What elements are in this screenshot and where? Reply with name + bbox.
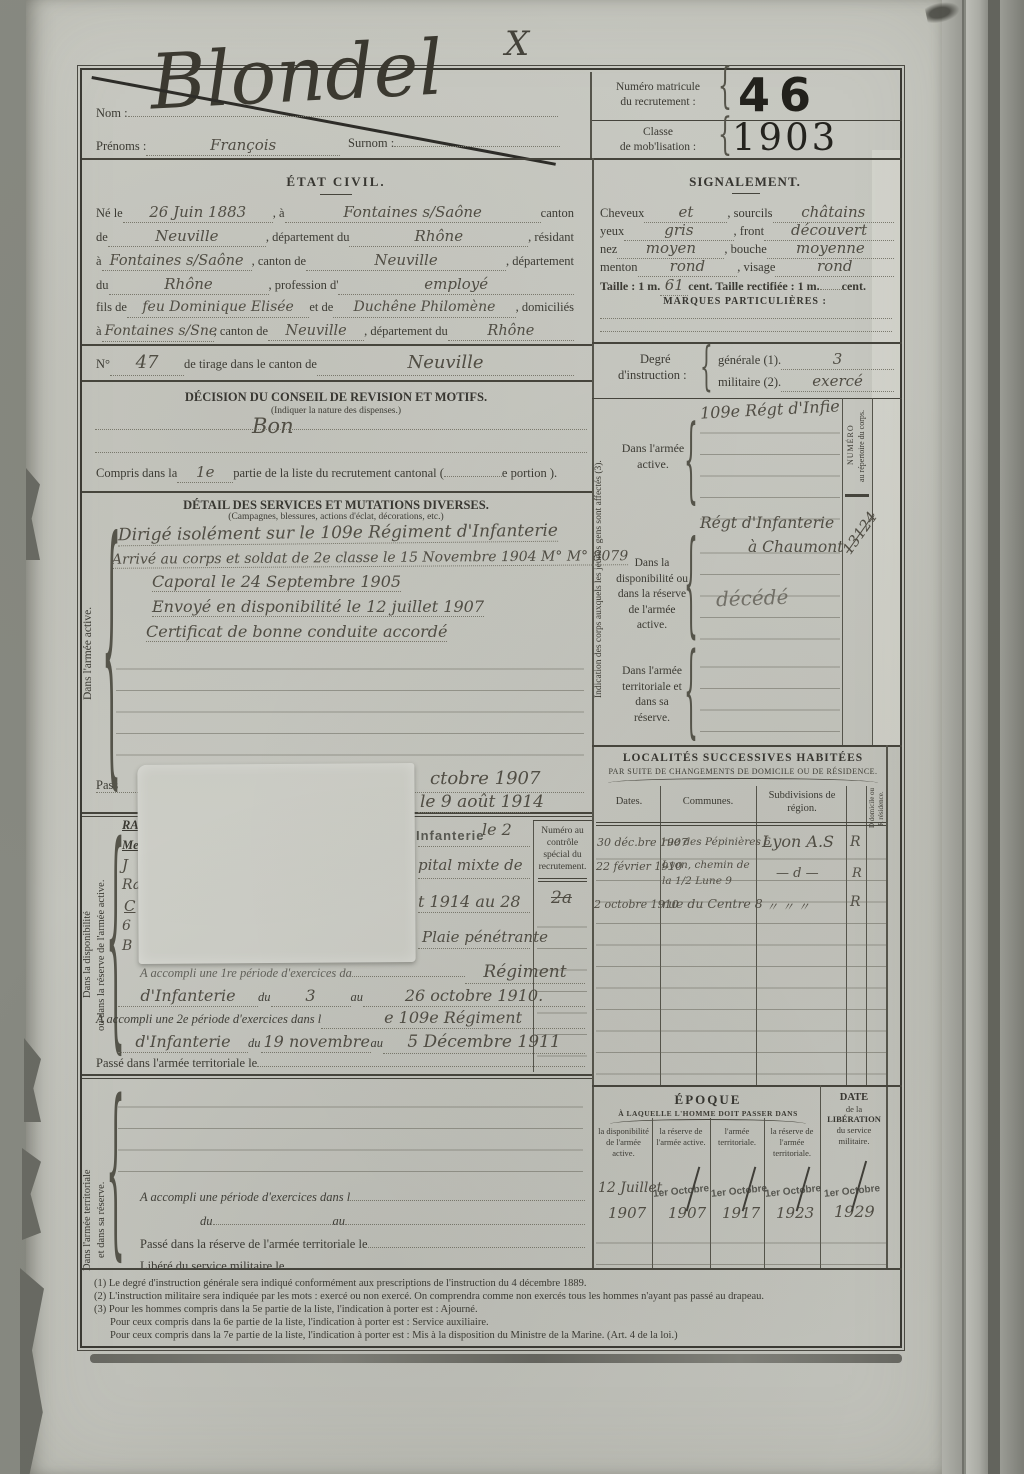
epoque-col4-header: la réserve de l'armée territoriale.: [766, 1126, 818, 1159]
mother-value: Duchêne Philomène: [333, 299, 515, 318]
footnote-1: (1) Le degré d'instruction générale sera…: [94, 1278, 900, 1289]
wavy-rule: [610, 1119, 806, 1124]
covered-fragment: J: [122, 856, 128, 874]
prenoms-line: Prénoms : François: [96, 136, 340, 156]
degre-label-1: Degré: [640, 352, 671, 367]
dotted-fill: [257, 1066, 585, 1067]
rule: [592, 1085, 902, 1087]
infanterie-stamp: Infanterie: [416, 828, 485, 843]
epoque-title: ÉPOQUE: [596, 1092, 820, 1108]
dotted-line: [95, 452, 587, 453]
localites-subtitle: PAR SUITE DE CHANGEMENTS DE DOMICILE OU …: [600, 767, 886, 776]
decision-value: Bon: [252, 414, 294, 438]
empty-ruled-lines: [700, 412, 840, 520]
periode-1-line-2: d'Infanterie du 3 au 26 octobre 1910.: [118, 986, 585, 1007]
visage-value: rond: [775, 257, 894, 277]
label: , visage: [737, 260, 775, 276]
wavy-rule: [608, 778, 878, 783]
dotted-line: [418, 948, 530, 949]
dotted-line: [418, 846, 530, 847]
passe-value-fragment: ctobre 1907: [430, 768, 540, 789]
infanterie-value: d'Infanterie: [118, 1032, 248, 1053]
terr-block-side-label-1: Dans l'armée territoriale: [82, 1118, 93, 1322]
decision-subtitle: (Indiquer la nature des dispenses.): [130, 406, 542, 416]
rule: [592, 342, 902, 344]
date-header-5: militaire.: [822, 1136, 886, 1146]
rule: [320, 194, 352, 195]
decision-title: DÉCISION DU CONSEIL DE REVISION ET MOTIF…: [130, 390, 542, 405]
infanterie-value: d'Infanterie: [118, 986, 258, 1007]
date-to: 5 Décembre 1911: [383, 1032, 585, 1054]
matricule-value: 46: [738, 68, 820, 122]
col-header-communes: Communes.: [662, 796, 754, 807]
date-fragment: t 1914 au 28: [418, 892, 521, 911]
signalement-row-1: Cheveux et , sourcils châtains: [600, 203, 894, 223]
brace: {: [102, 518, 121, 803]
printed-label: A accompli une 1re période d'exercices d…: [140, 966, 352, 982]
cent-label: cent.: [842, 279, 866, 294]
instruction-militaire-line: militaire (2). exercé: [718, 372, 894, 392]
dotted-fill: [368, 1247, 586, 1248]
departement-value: Rhône: [448, 322, 574, 341]
classe-label-1: Classe: [643, 126, 673, 138]
numero-repertoire-label-1: NUMÉRO: [846, 402, 855, 488]
label: partie de la liste du recrutement canton…: [233, 466, 444, 482]
date-header-4: du service: [822, 1125, 886, 1135]
col-header-dates: Dates.: [598, 796, 660, 807]
du-label: du: [248, 1036, 261, 1052]
hw-fragment: le 2: [482, 820, 512, 839]
label: Cheveux: [600, 206, 644, 222]
taille-value: 61: [660, 276, 688, 296]
rule: [533, 820, 592, 821]
dispo-block-side-label-1: Dans la disponibilité: [82, 855, 93, 1055]
service-entry: Certificat de bonne conduite accordé: [146, 622, 447, 642]
rule: [596, 822, 886, 823]
rule: [538, 878, 587, 879]
dotted-fill: [352, 976, 465, 977]
rule: [845, 494, 869, 497]
nez-value: moyen: [617, 239, 724, 259]
header-bottom-rule: [82, 158, 902, 160]
nom-rule: [128, 116, 558, 117]
dotted-fill: [345, 1224, 585, 1225]
periode-2-line-2: d'Infanterie du 19 novembre au 5 Décembr…: [118, 1032, 585, 1054]
service-entry: Envoyé en disponibilité le 12 juillet 19…: [152, 597, 484, 617]
signalement-row-2: yeux gris , front découvert: [600, 221, 894, 241]
surnom-line: Surnom :: [348, 136, 560, 152]
yeux-value: gris: [624, 221, 733, 241]
signalement-row-4: menton rond , visage rond: [600, 257, 894, 277]
rule: [82, 380, 592, 382]
tirage-number: 47: [110, 352, 184, 376]
corps-side-label: Indication des corps auxquels les jeunes…: [594, 414, 604, 744]
taille-label: Taille : 1 m.: [600, 279, 660, 294]
header-divider: [590, 72, 592, 158]
periode-1-line-1: A accompli une 1re période d'exercices d…: [140, 962, 585, 984]
page-gap-shadow: [988, 0, 1000, 1474]
label: Compris dans la: [96, 466, 177, 482]
printed-label: A accompli une période d'exercices dans …: [140, 1190, 350, 1206]
classe-value: 1903: [732, 116, 838, 159]
nom-label: Nom :: [96, 106, 128, 122]
regiment-value: e 109e Régiment: [321, 1008, 585, 1029]
signalement-title: SIGNALEMENT.: [610, 174, 880, 190]
dotted-line: [600, 331, 892, 332]
label: , département du: [364, 324, 448, 340]
etat-civil-title: ÉTAT CIVIL.: [180, 174, 492, 190]
label: , résidant: [528, 230, 574, 246]
du-label: du: [200, 1214, 213, 1230]
brace: {: [700, 340, 713, 392]
epoque-col4-year: 1923: [776, 1204, 814, 1222]
label: du: [96, 278, 109, 294]
dotted-fill: [213, 1224, 333, 1225]
date-to: 26 octobre 1910.: [363, 986, 585, 1007]
label: canton: [541, 206, 574, 222]
label: , sourcils: [727, 206, 772, 222]
label: menton: [600, 260, 638, 276]
au-label: au: [351, 990, 364, 1006]
label: , département: [506, 254, 574, 270]
empty-ruled-lines: [700, 646, 840, 742]
block-divider: [82, 1074, 592, 1076]
label: de: [96, 230, 108, 246]
localites-title: LOCALITÉS SUCCESSIVES HABITÉES: [600, 752, 886, 764]
prenoms-label: Prénoms :: [96, 139, 146, 155]
corps-dispo-label: Dans la disponibilité ou dans la réserve…: [614, 556, 690, 634]
classe-label: Classe de mob'lisation :: [598, 125, 718, 155]
front-value: découvert: [764, 221, 894, 241]
rule: [538, 881, 587, 882]
bouche-value: moyenne: [767, 239, 894, 259]
generale-label: générale (1).: [718, 353, 781, 369]
corps-dispo-value-1: Régt d'Infanterie: [700, 514, 834, 532]
dotted-line: [95, 429, 587, 430]
profession-value: employé: [338, 275, 574, 295]
etat-civil-line-2: de Neuville , département du Rhône , rés…: [96, 227, 574, 247]
brace: {: [718, 115, 732, 159]
terr-reserve-line: Passé dans la réserve de l'armée territo…: [140, 1237, 585, 1253]
printed-label: Passé dans la réserve de l'armée territo…: [140, 1237, 368, 1253]
tirage-canton: Neuville: [317, 352, 574, 376]
footnote-4: Pour ceux compris dans la 6e partie de l…: [110, 1317, 900, 1328]
canton-value: Neuville: [268, 322, 364, 341]
numero-label: N°: [96, 357, 110, 373]
classe-label-2: de mob'lisation :: [620, 141, 696, 153]
rule: [82, 491, 592, 493]
domicile-value: Fontaines s/Sne: [102, 323, 214, 342]
date-header-1: DATE: [822, 1092, 886, 1103]
page-edge-strip: [966, 0, 988, 1474]
label: de tirage dans le canton de: [184, 357, 317, 373]
covered-fragment: B: [122, 938, 132, 954]
cheveux-value: et: [644, 203, 727, 223]
regiment-value: Régiment: [465, 962, 585, 984]
label: yeux: [600, 224, 624, 240]
empty-ruled-lines: [118, 1086, 583, 1186]
covered-fragment: 6: [122, 918, 131, 934]
periode-2-line-1: A accompli une 2e période d'exercices da…: [96, 1008, 585, 1029]
block-divider: [82, 1078, 592, 1079]
dotted-line: [418, 912, 530, 913]
page-edge-strip: [1000, 0, 1024, 1474]
label: nez: [600, 242, 617, 258]
controle-value: 2a: [551, 888, 572, 908]
epoque-subtitle: À LAQUELLE L'HOMME DOIT PASSER DANS: [596, 1109, 820, 1118]
active-block-side-label: Dans l'armée active.: [82, 558, 94, 748]
father-value: feu Dominique Elisée: [127, 299, 309, 318]
menton-value: rond: [638, 257, 738, 277]
x-mark: X: [505, 24, 529, 64]
liste-partie-value: 1e: [177, 463, 233, 483]
page-edge-strip: [942, 0, 964, 1474]
rule: [732, 193, 760, 194]
footnote-5: Pour ceux compris dans la 7e partie de l…: [110, 1330, 900, 1341]
dotted-fill: [820, 289, 842, 290]
date-header-2: de la: [822, 1104, 886, 1114]
nom-line: Nom :: [96, 106, 558, 122]
label: , domiciliés: [516, 300, 574, 316]
label: e portion ).: [502, 466, 557, 482]
terr-du-au-line: du au: [200, 1214, 585, 1230]
label: Né le: [96, 206, 123, 222]
empty-ruled-lines: [116, 648, 584, 776]
empty-ruled-lines: [596, 1222, 886, 1268]
brace: {: [684, 646, 698, 747]
epoque-col3-header: l'armée territoriale.: [712, 1126, 762, 1148]
birthplace-value: Fontaines s/Saône: [285, 203, 541, 223]
scanned-register-page: Blondel X Nom : Prénoms : François Surno…: [0, 0, 1024, 1474]
du-label: du: [258, 990, 271, 1006]
pasted-paper-slip: [137, 763, 415, 964]
rule: [592, 745, 902, 747]
covered-fragment: Me: [122, 838, 139, 853]
mobilization-date-fragment: le 9 août 1914: [420, 792, 544, 812]
services-title: DÉTAIL DES SERVICES ET MUTATIONS DIVERSE…: [110, 498, 562, 513]
table-ruled-lines: [596, 838, 886, 1083]
rule: [596, 825, 886, 826]
printed-label: A accompli une 2e période d'exercices da…: [96, 1012, 321, 1028]
label: fils de: [96, 300, 127, 316]
epoque-col1-header: la disponibilité de l'armée active.: [596, 1126, 651, 1159]
taille-rectifiee-label: cent. Taille rectifiée : 1 m.: [688, 279, 819, 294]
label: , département du: [266, 230, 350, 246]
date-from: 3: [271, 986, 351, 1007]
dotted-fill: [444, 476, 502, 477]
footnote-3: (3) Pour les hommes compris dans la 5e p…: [94, 1304, 900, 1315]
table-right-border: [886, 745, 888, 1268]
dotted-line: [418, 878, 530, 879]
controle-header: Numéro au contrôle spécial du recrutemen…: [535, 826, 590, 874]
etat-civil-line-6: à Fontaines s/Sne , canton de Neuville ,…: [96, 322, 574, 342]
matricule-label: Numéro matricule du recrutement :: [598, 80, 718, 110]
epoque-col2-header: la réserve de l'armée active.: [654, 1126, 708, 1148]
label: , canton de: [252, 254, 307, 270]
rule: [82, 1268, 902, 1270]
etat-civil-line-3: à Fontaines s/Saône , canton de Neuville…: [96, 251, 574, 271]
rule: [82, 344, 592, 346]
generale-value: 3: [781, 350, 894, 370]
canton-value: Neuville: [108, 227, 266, 247]
covered-fragment: C: [124, 897, 135, 915]
etat-civil-line-4: du Rhône , profession d' employé: [96, 275, 574, 295]
covered-fragment: RA: [122, 818, 139, 833]
wound-fragment: Plaie pénétrante: [422, 928, 548, 946]
instruction-generale-line: générale (1). 3: [718, 350, 894, 370]
label: , bouche: [724, 242, 766, 258]
label: et de: [309, 300, 333, 316]
rule: [592, 398, 902, 399]
printed-label: Libéré du service militaire le: [140, 1259, 284, 1275]
terr-exercices-line: A accompli une période d'exercices dans …: [140, 1190, 585, 1206]
dotted-line: [600, 318, 892, 319]
prenoms-value: François: [146, 136, 340, 156]
tirage-line: N° 47 de tirage dans le canton de Neuvil…: [96, 352, 574, 376]
empty-ruled-lines: [700, 532, 840, 640]
matricule-label-2: du recrutement :: [620, 96, 695, 108]
compris-line: Compris dans la 1e partie de la liste du…: [96, 463, 578, 483]
column-line: [872, 398, 873, 745]
signalement-row-3: nez moyen , bouche moyenne: [600, 239, 894, 259]
militaire-label: militaire (2).: [718, 375, 781, 391]
taille-row: Taille : 1 m. 61 cent. Taille rectifiée …: [600, 276, 896, 296]
label: , profession d': [269, 278, 339, 294]
birthdate-value: 26 Juin 1883: [123, 203, 273, 223]
surnom-rule: [394, 146, 560, 147]
date-header-3: LIBÉRATION: [822, 1114, 886, 1124]
departement-value: Rhône: [349, 227, 528, 247]
degre-label-2: d'instruction :: [618, 368, 687, 383]
page-shadow-band: [90, 1354, 902, 1363]
epoque-col3-year: 1917: [722, 1204, 760, 1222]
column-line: [842, 398, 843, 745]
dotted-fill: [350, 1200, 585, 1201]
libere-line: Libéré du service militaire le: [140, 1259, 585, 1275]
matricule-label-1: Numéro matricule: [616, 81, 700, 93]
au-label: au: [333, 1214, 346, 1230]
numero-repertoire-label-2: au répertoire du corps.: [857, 398, 866, 494]
hospital-fragment: pital mixte de: [418, 856, 523, 874]
epoque-col1-year: 1907: [608, 1204, 646, 1222]
brace: {: [684, 534, 698, 648]
date-from: 19 novembre: [261, 1032, 371, 1053]
etat-civil-line-1: Né le 26 Juin 1883 , à Fontaines s/Saône…: [96, 203, 574, 223]
label: , canton de: [214, 324, 269, 340]
departement-value: Rhône: [109, 275, 269, 295]
sourcils-value: châtains: [773, 203, 894, 223]
brace: {: [684, 420, 698, 512]
col-header-subdivisions: Subdivisions de région.: [758, 790, 846, 815]
dotted-line: [418, 812, 530, 813]
canton-value: Neuville: [306, 251, 506, 271]
label: , à: [273, 206, 285, 222]
etat-civil-line-5: fils de feu Dominique Elisée et de Duchê…: [96, 299, 574, 318]
service-entry: Caporal le 24 Septembre 1905: [152, 572, 401, 592]
marques-label: MARQUES PARTICULIÈRES :: [610, 296, 880, 307]
au-label: au: [371, 1036, 384, 1052]
surnom-label: Surnom :: [348, 136, 394, 152]
brace: {: [718, 65, 732, 113]
corps-active-label: Dans l'armée active.: [620, 440, 686, 472]
service-entry: Arrivé au corps et soldat de 2e classe l…: [112, 548, 628, 569]
footnote-2: (2) L'instruction militaire sera indiqué…: [94, 1291, 900, 1302]
label: , front: [734, 224, 765, 240]
passe-territoriale-line: Passé dans l'armée territoriale le: [96, 1056, 585, 1072]
corps-terr-label: Dans l'armée territoriale et dans sa rés…: [616, 664, 688, 726]
col-header-residence: R résidence.: [877, 788, 885, 830]
militaire-value: exercé: [781, 372, 894, 392]
residence-value: Fontaines s/Saône: [102, 252, 252, 271]
